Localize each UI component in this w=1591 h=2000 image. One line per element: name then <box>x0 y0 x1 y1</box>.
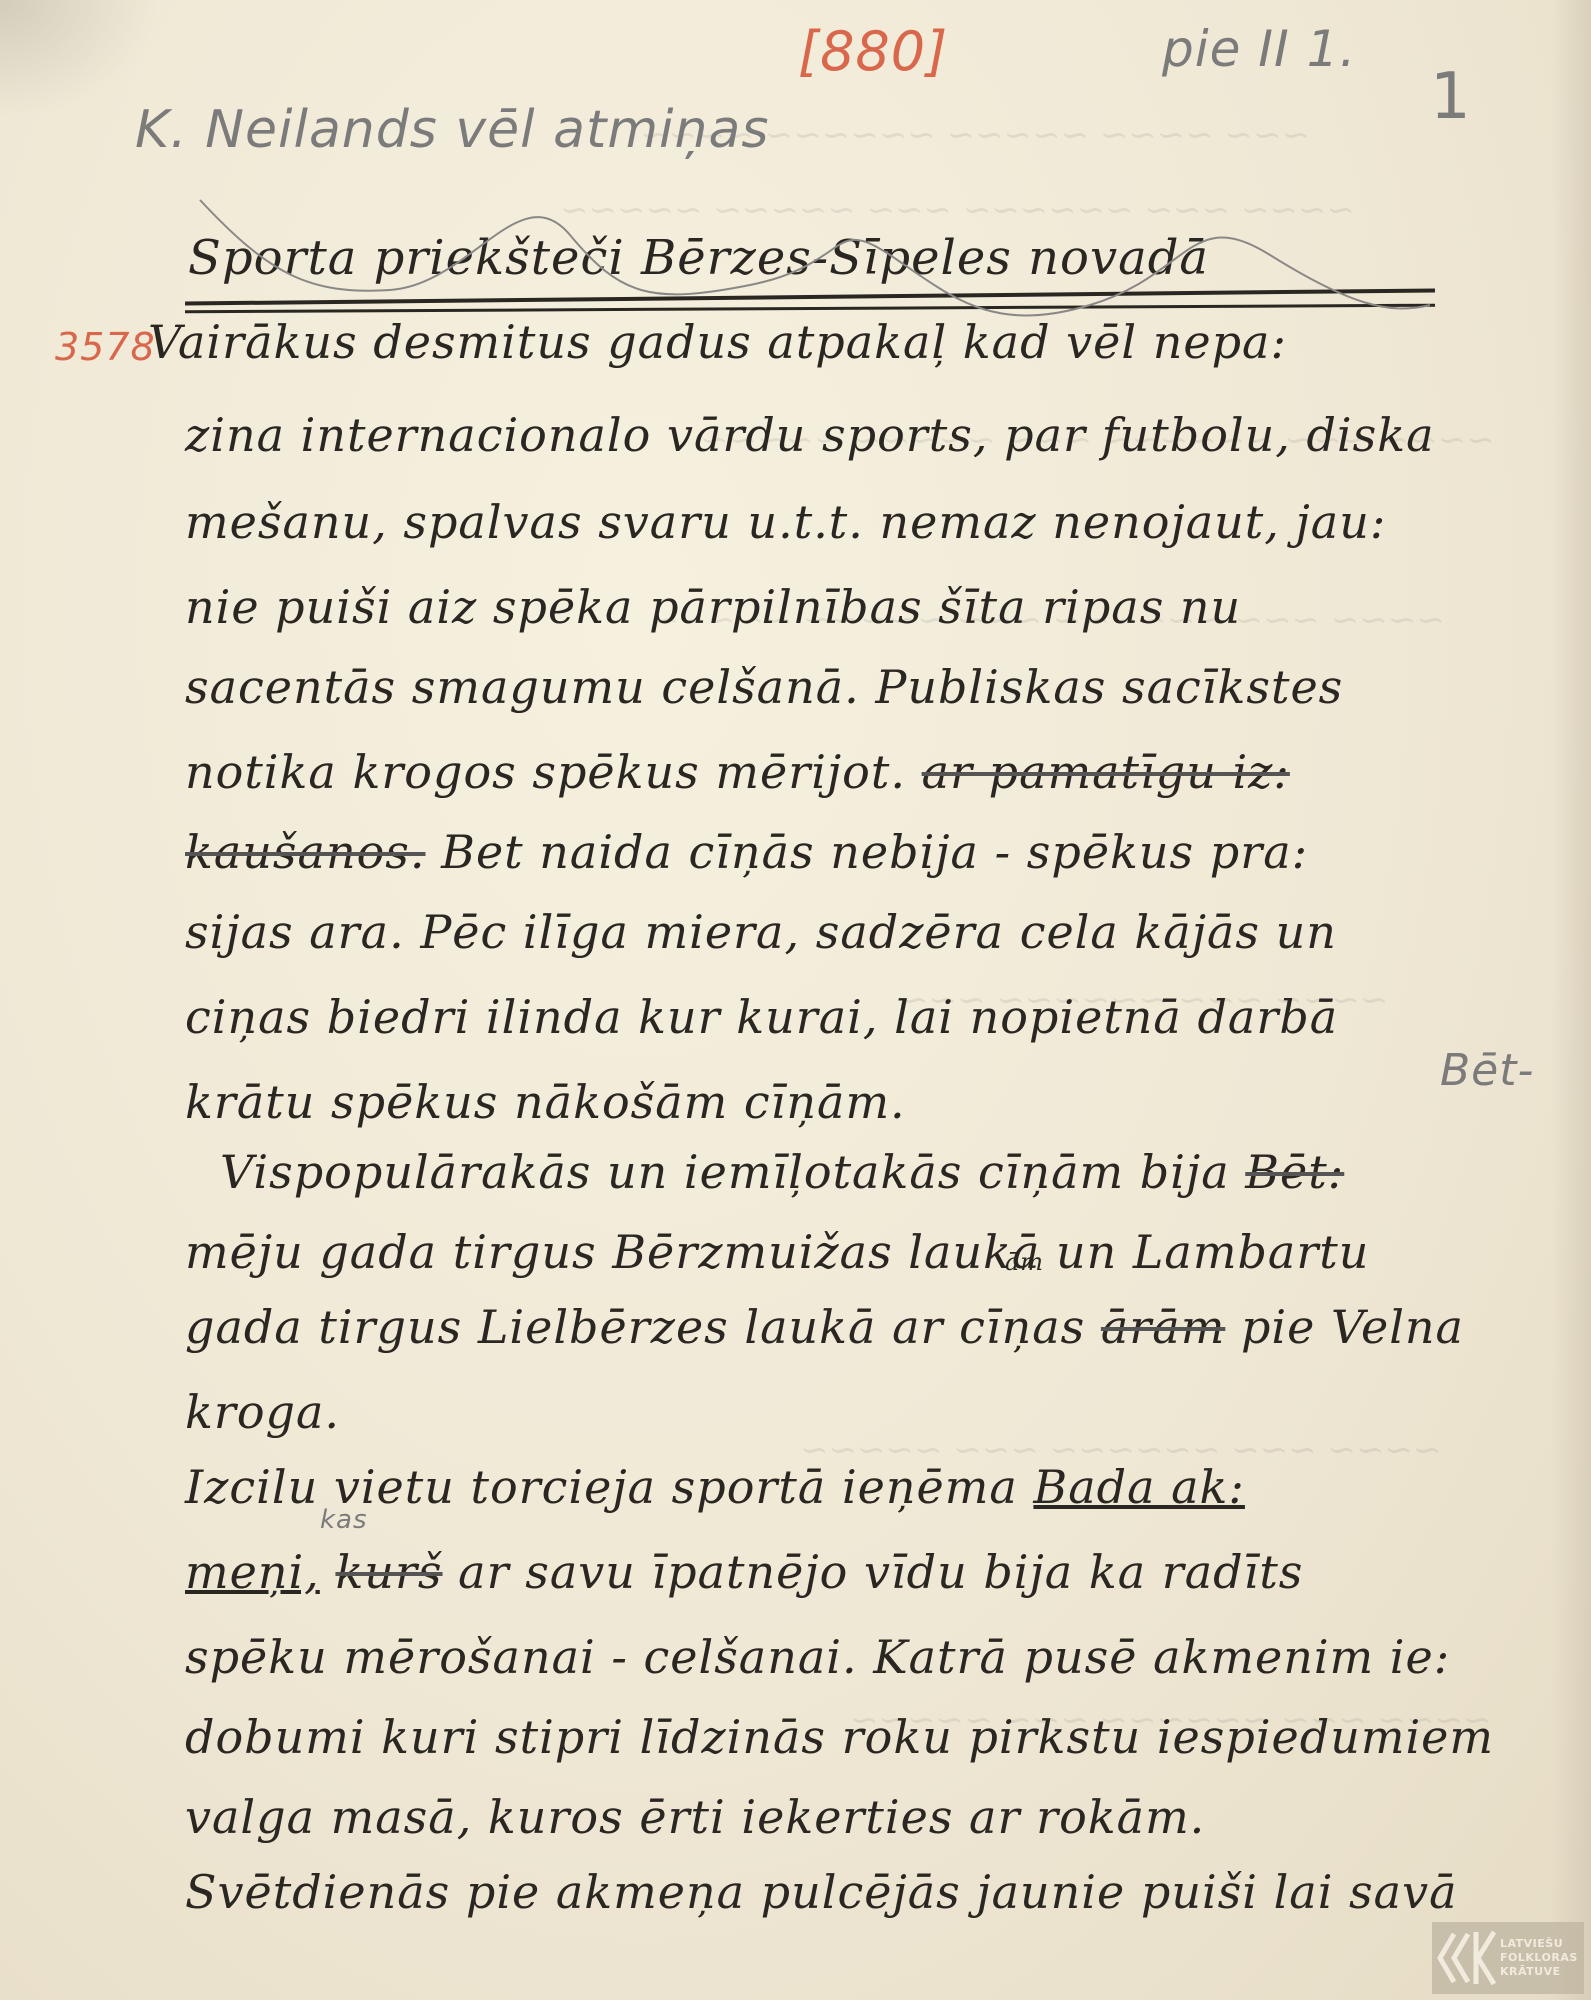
text-line: Svētdienās pie akmeņa pulcējās jaunie pu… <box>185 1865 1458 1919</box>
text-line: ciņas biedri ilinda kur kurai, lai nopie… <box>185 990 1338 1044</box>
insertion-note: kas <box>320 1505 368 1535</box>
author-note: K. Neilands vēl atmiņas <box>135 100 769 160</box>
text-line: dobumi kuri stipri līdzinās roku pirkstu… <box>185 1710 1494 1764</box>
line-text: Izcilu vietu torcieja sportā ieņēma <box>185 1460 1018 1514</box>
line-text: notika krogos spēkus mērijot. <box>185 745 906 799</box>
logo-line: KRĀTUVE <box>1500 1965 1578 1979</box>
line-text: Vispopulārakās un iemīļotakās cīņām bija <box>220 1145 1230 1199</box>
text-line: kroga. <box>185 1385 340 1439</box>
text-line: spēku mērošanai - celšanai. Katrā pusē a… <box>185 1630 1450 1684</box>
struck-text: ārām <box>1101 1300 1225 1354</box>
underlined-text: Bada ak: <box>1033 1460 1245 1514</box>
line-text: Bet naida cīņās nebija - spēkus pra: <box>441 825 1308 879</box>
insertion-note: ām <box>1005 1248 1044 1276</box>
text-line: sacentās smagumu celšanā. Publiskas sacī… <box>185 660 1343 714</box>
line-text: pie Velna <box>1241 1300 1464 1354</box>
lfk-logo-icon <box>1436 1928 1496 1988</box>
text-line: mēju gada tirgus Bērzmuižas laukā un Lam… <box>185 1225 1369 1279</box>
text-line: nie puiši aiz spēka pārpilnības šīta rip… <box>185 580 1241 634</box>
archive-logo: LATVIEŠU FOLKLORAS KRĀTUVE <box>1432 1922 1584 1994</box>
logo-line: FOLKLORAS <box>1500 1951 1578 1965</box>
logo-line: LATVIEŠU <box>1500 1937 1578 1951</box>
text-line: meņi, kurš ar savu īpatnējo vīdu bija ka… <box>185 1545 1303 1599</box>
text-line: notika krogos spēkus mērijot. ar pamatīg… <box>185 745 1290 799</box>
margin-number: 3578 <box>55 325 156 369</box>
text-line: krātu spēkus nākošām cīņām. <box>185 1075 906 1129</box>
text-line: kaušanos. Bet naida cīņās nebija - spēku… <box>185 825 1308 879</box>
page-number: 1 <box>1430 60 1472 134</box>
text-line: mešanu, spalvas svaru u.t.t. nemaz nenoj… <box>185 495 1386 549</box>
text-line: gada tirgus Lielbērzes laukā ar cīņas ār… <box>185 1300 1464 1354</box>
manuscript-page: ~~~ ~~~~ ~~~~~ ~~~~~~ ~~~~ ~~~~ ~~~ ~~~~… <box>0 0 1591 2000</box>
archive-number: [880] <box>798 20 948 83</box>
text-line: sijas ara. Pēc ilīga miera, sadzēra cela… <box>185 905 1337 959</box>
insertion-note: Bēt- <box>1440 1045 1534 1096</box>
line-text: ar savu īpatnējo vīdu bija ka radīts <box>458 1545 1303 1599</box>
text-line: valga masā, kuros ērti iekerties ar rokā… <box>185 1790 1205 1844</box>
struck-text: kurš <box>335 1545 442 1599</box>
underlined-text: meņi, <box>185 1545 320 1599</box>
text-line: zina internacionalo vārdu sports, par fu… <box>185 408 1435 462</box>
text-line: Vispopulārakās un iemīļotakās cīņām bija… <box>220 1145 1344 1199</box>
line-text: gada tirgus Lielbērzes laukā ar cīņas <box>185 1300 1085 1354</box>
pencil-wavy-strikethrough <box>190 195 1440 325</box>
paper-edge-shadow <box>1551 0 1591 2000</box>
struck-text: kaušanos. <box>185 825 426 879</box>
struck-text: ar pamatīgu iz: <box>922 745 1290 799</box>
text-line: Vairākus desmitus gadus atpakaļ kad vēl … <box>148 315 1287 369</box>
logo-text: LATVIEŠU FOLKLORAS KRĀTUVE <box>1500 1937 1578 1979</box>
struck-text: Bēt: <box>1245 1145 1344 1199</box>
reference-note: pie II 1. <box>1162 20 1356 78</box>
